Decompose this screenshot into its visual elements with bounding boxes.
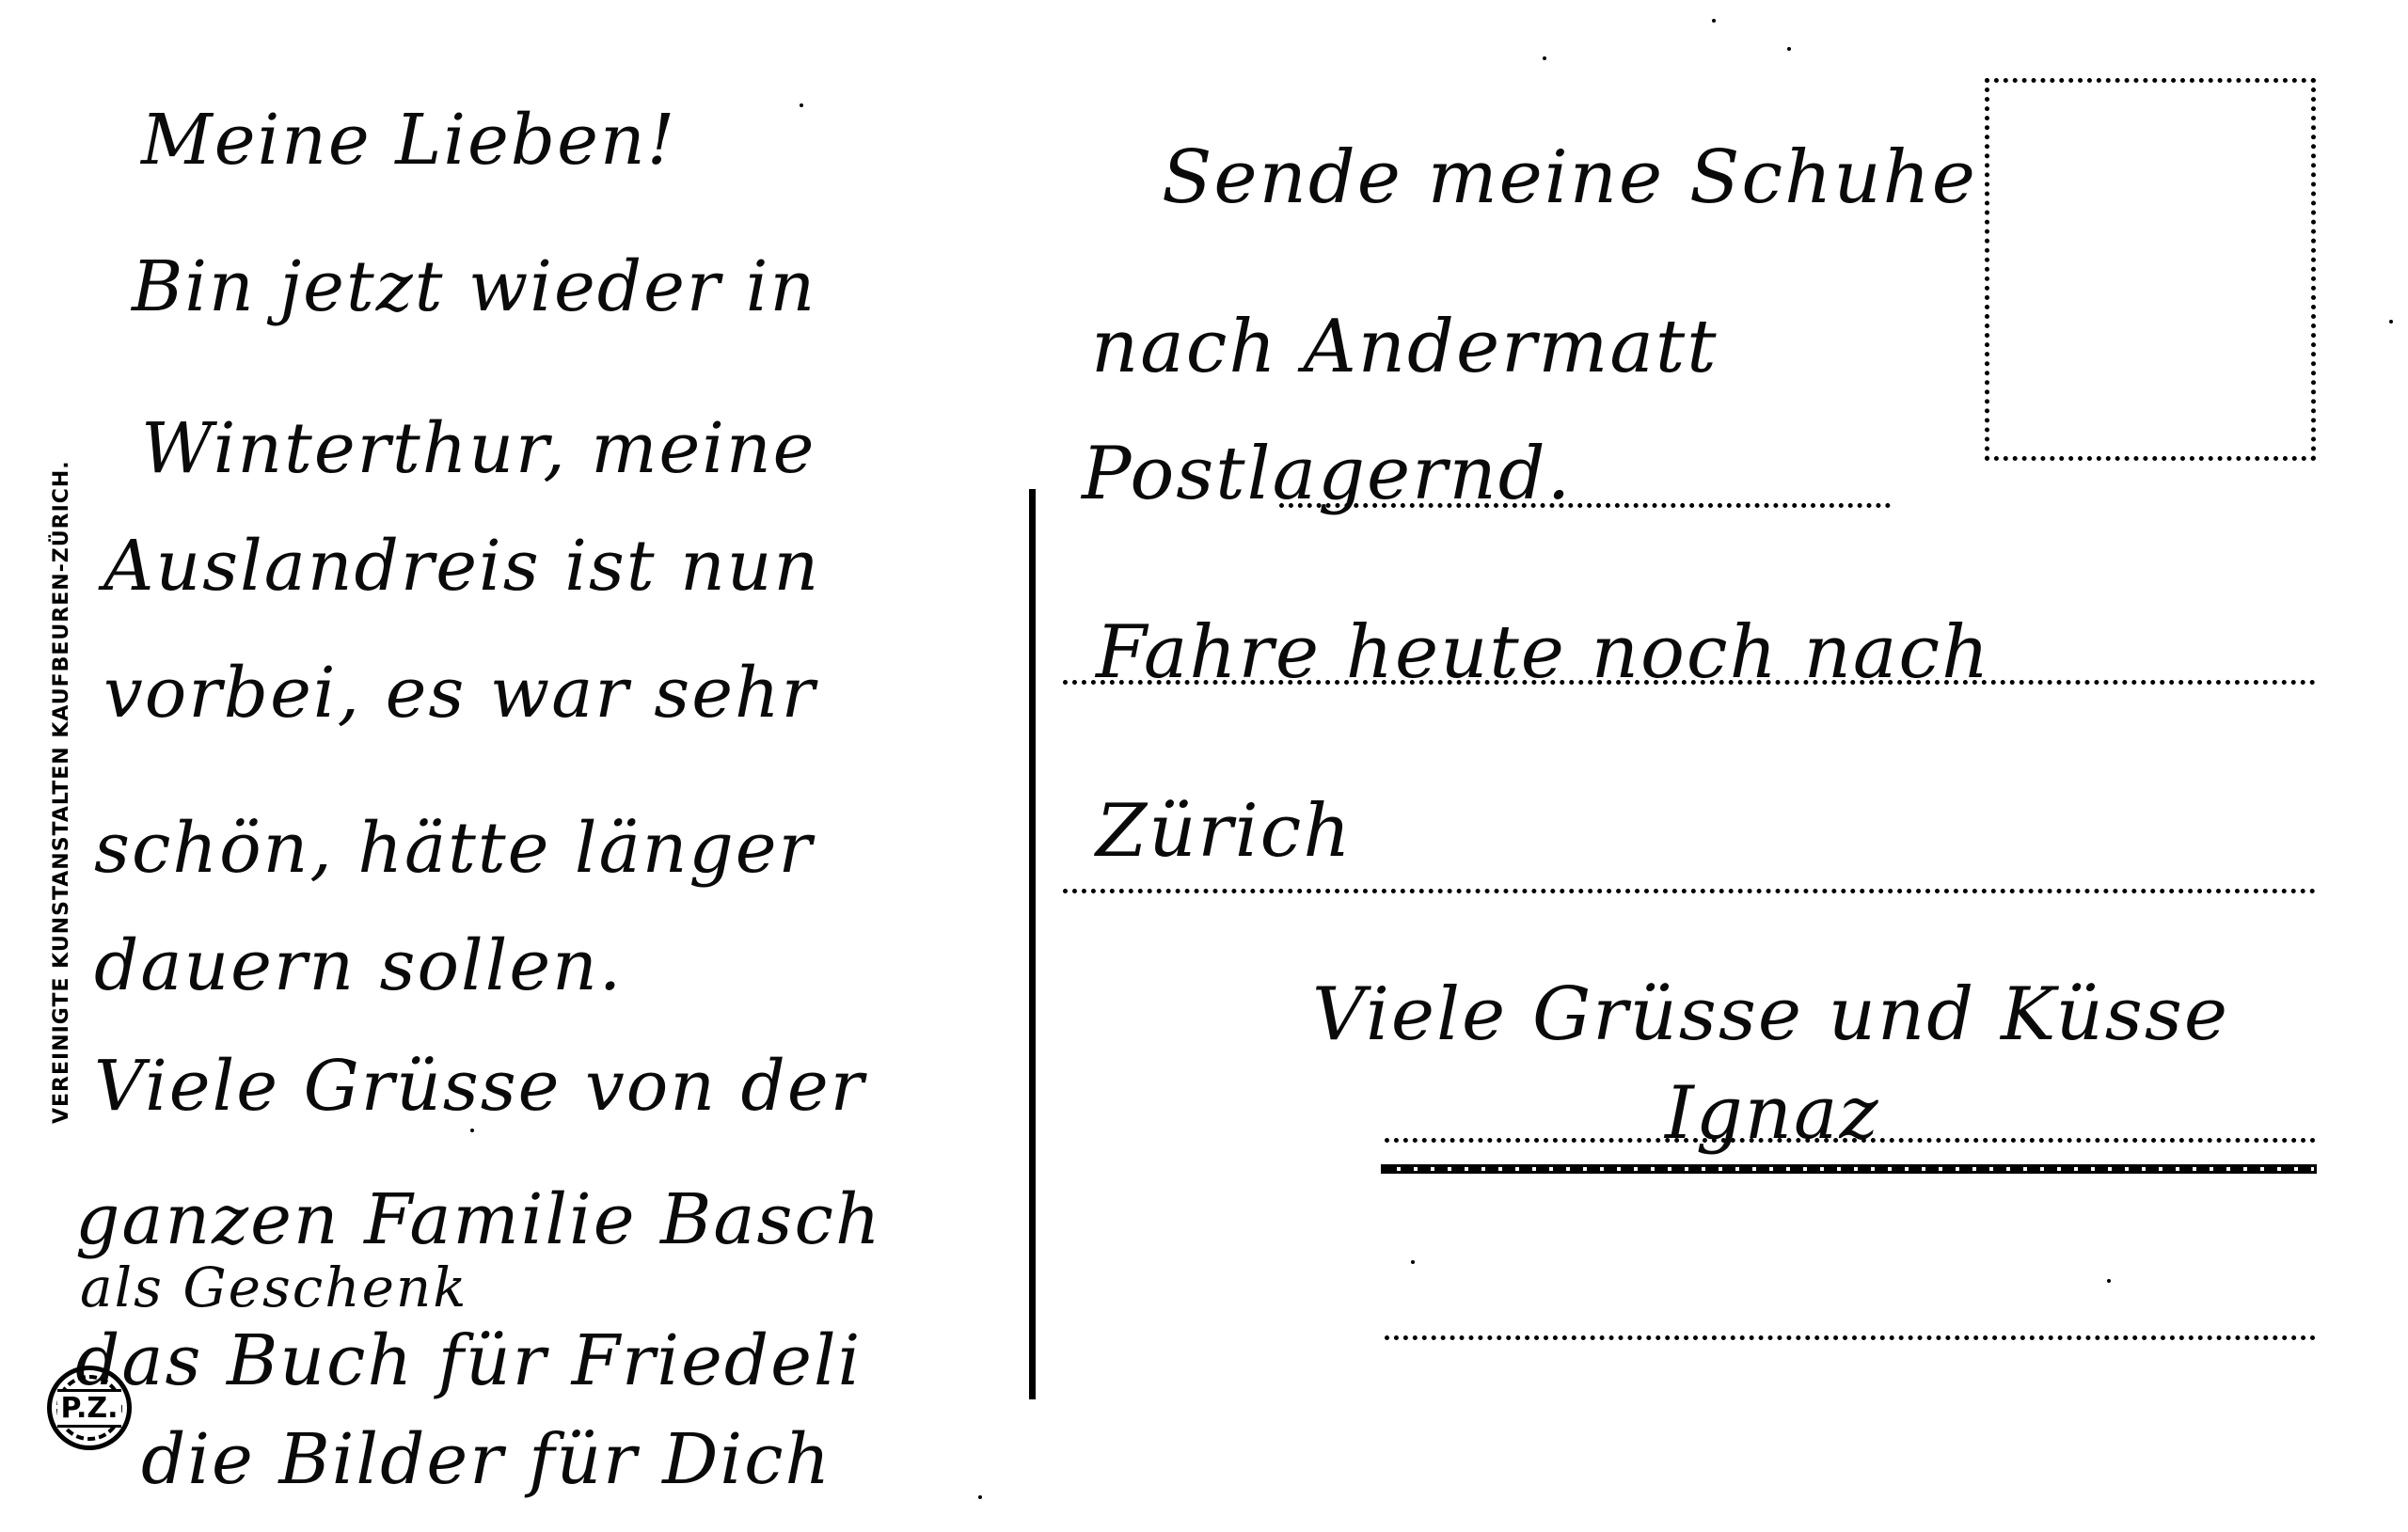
message-line: als Geschenk [80, 1260, 467, 1315]
message-line: das Buch für Friedeli [75, 1326, 862, 1396]
center-divider [1029, 489, 1036, 1399]
signature: Ignaz [1665, 1077, 1880, 1150]
address-line-3 [1063, 889, 2316, 893]
message-line: Bin jetzt wieder in [132, 252, 816, 322]
stamp-box [1985, 78, 2316, 461]
postcard-back: Meine Lieben! Bin jetzt wieder in Winter… [0, 0, 2408, 1532]
address-line-5 [1385, 1335, 2316, 1340]
closing-text: Viele Grüsse und Küsse [1312, 978, 2229, 1051]
message-line: Auslandreis ist nun [103, 531, 820, 601]
address-text: Zürich [1096, 795, 1353, 868]
logo-text: P.Z. [57, 1389, 120, 1428]
message-line: Winterthur, meine [141, 414, 816, 483]
scan-speck [1411, 1260, 1415, 1264]
message-line: dauern sollen. [94, 931, 623, 1001]
address-text: Postlagernd. [1082, 437, 1572, 511]
address-text: Sende meine Schuhe [1162, 141, 1977, 214]
address-rule [1381, 1164, 2317, 1174]
publisher-imprint: VEREINIGTE KUNSTANSTALTEN KAUFBEUREN-ZÜR… [49, 400, 75, 1124]
message-line: Viele Grüsse von der [94, 1051, 865, 1121]
scan-speck [978, 1495, 982, 1499]
message-line: schön, hätte länger [94, 813, 814, 883]
greeting: Meine Lieben! [141, 105, 676, 175]
scan-speck [1787, 47, 1791, 51]
address-text: nach Andermatt [1091, 310, 1719, 384]
scan-speck [800, 103, 803, 107]
scan-speck [1712, 19, 1716, 23]
scan-speck [2389, 320, 2393, 324]
scan-speck [2107, 1279, 2111, 1283]
address-text: Fahre heute noch nach [1096, 616, 1990, 689]
scan-speck [470, 1129, 474, 1132]
message-line: die Bilder für Dich [141, 1425, 832, 1494]
message-line: ganzen Familie Basch [75, 1185, 882, 1255]
message-line: vorbei, es war sehr [103, 658, 816, 728]
publisher-logo-icon: P.Z. [47, 1366, 132, 1450]
scan-speck [1543, 56, 1546, 60]
